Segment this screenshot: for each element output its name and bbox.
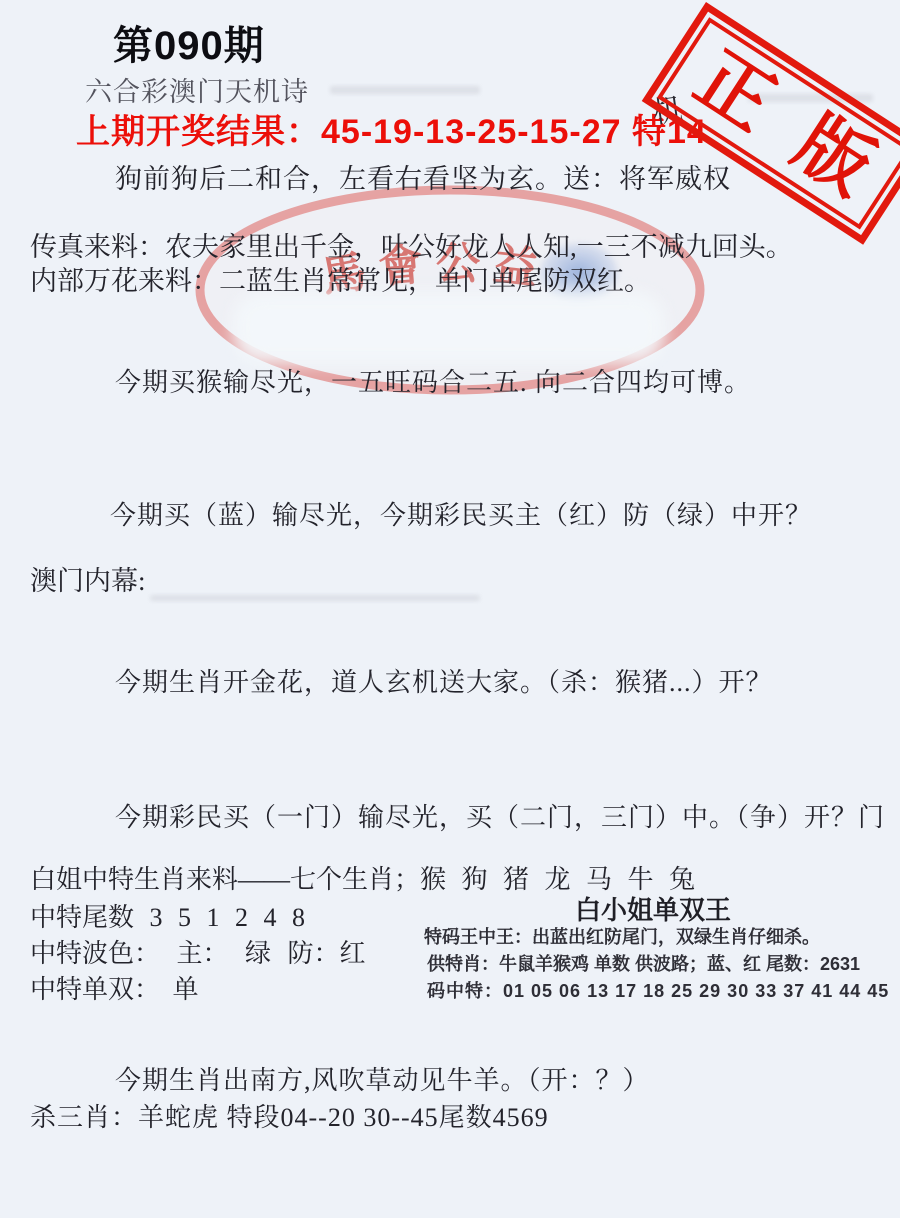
baijie-tail-numbers: 中特尾数 3 5 1 2 4 8 [30,897,305,934]
scan-smudge [150,595,480,601]
kill-three-zodiac-line: 杀三肖：羊蛇虎 特段04--20 30--45尾数4569 [30,1097,549,1134]
baixiaojie-zodiac-wave-line: 供特肖：牛鼠羊猴鸡 单数 供波路；蓝、红 尾数：2631 [427,950,860,976]
tip-line-doors: 今期彩民买（一门）输尽光，买（二门，三门）中。（争）开？门 [115,797,885,834]
baijie-wave-color: 中特波色： 主： 绿 防：红 [30,933,366,970]
last-draw-result: 上期开奖结果：45-19-13-25-15-27 特14 [76,104,707,153]
scan-smudge [330,86,480,94]
baijie-odd-even: 中特单双： 单 [30,969,199,1006]
seal-white-wash [233,292,665,364]
poem-line: 狗前狗后二和合，左看右看坚为玄。送：将军威权 [115,157,731,196]
baixiaojie-special-numbers: 码中特：01 05 06 13 17 18 25 29 30 33 37 41 … [427,977,889,1003]
tip-line-blue: 今期买（蓝）输尽光，今期彩民买主（红）防（绿）中开？ [110,495,812,532]
internal-material-line: 内部万花来料：二蓝生肖常常见，单门单尾防双红。 [30,259,651,298]
baixiaojie-title: 白小姐单双王 [575,890,731,927]
baixiaojie-king-line: 特码王中王：出蓝出红防尾门，双绿生肖仔细杀。 [424,923,820,949]
issue-number-title: 第090期 [113,14,265,71]
macau-insider-label: 澳门内幕: [30,559,146,598]
tip-line-south: 今期生肖出南方,风吹草动见牛羊。（开：？） [115,1060,650,1097]
lottery-tip-sheet: 馬會公益 第090期 六合彩澳门天机诗 上期开奖结果：45-19-13-25-1… [0,0,900,1218]
tip-line-monkey: 今期买猴输尽光，一五旺码合二五. 向二合四均可博。 [115,362,751,399]
tip-line-goldflower: 今期生肖开金花，道人玄机送大家。（杀：猴猪...）开？ [115,662,773,699]
